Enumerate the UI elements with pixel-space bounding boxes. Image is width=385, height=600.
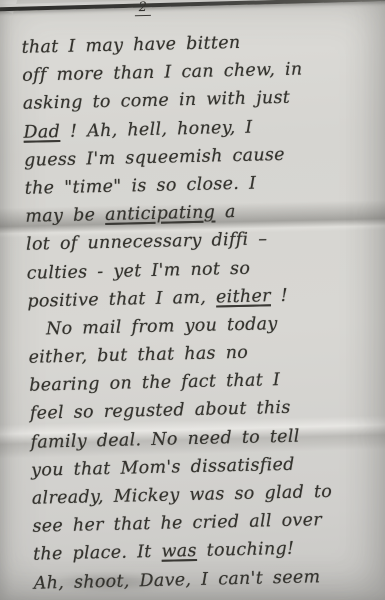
letter-body: that I may have bittenoff more than I ca… xyxy=(21,26,379,597)
handwriting-text: off more than I can chew, in xyxy=(22,60,303,86)
handwriting-text: that I may have bitten xyxy=(21,33,240,58)
handwriting-text: ! xyxy=(271,286,289,306)
handwriting-text: Ah, shoot, Dave, I can't seem xyxy=(34,567,321,594)
handwriting-text: guess I'm squeemish cause xyxy=(24,145,285,171)
handwriting-text: ! Ah, hell, honey, I xyxy=(60,117,253,141)
handwriting-text: you that Mom's dissatisfied xyxy=(31,455,295,481)
handwriting-text: family deal. No need to tell xyxy=(30,426,300,452)
handwriting-text: lot of unnecessary diffi – xyxy=(26,230,268,255)
handwriting-text: already, Mickey was so glad to xyxy=(32,482,333,509)
handwriting-text: positive that I am, xyxy=(27,287,216,311)
letter-content: 2 that I may have bittenoff more than I … xyxy=(0,0,385,600)
handwriting-text: either, but that has no xyxy=(28,343,248,368)
handwriting-text: a xyxy=(215,202,236,222)
handwriting-text: touching! xyxy=(197,539,295,561)
handwriting-text: the "time" is so close. I xyxy=(25,173,257,198)
handwriting-underlined-word: either xyxy=(216,286,271,307)
handwriting-text: feel so regusted about this xyxy=(30,398,291,424)
handwriting-text: see her that he cried all over xyxy=(32,510,322,537)
handwriting-text: the place. It xyxy=(33,542,162,565)
handwriting-text: may be xyxy=(25,205,105,227)
handwriting-text: No mail from you today xyxy=(46,314,278,339)
scanned-letter-page: 2 that I may have bittenoff more than I … xyxy=(0,0,385,600)
page-number: 2 xyxy=(135,1,152,16)
handwriting-text: bearing on the fact that I xyxy=(29,370,280,396)
handwriting-underlined-word: was xyxy=(161,541,197,562)
handwriting-text: asking to come in with just xyxy=(23,88,291,114)
handwriting-underlined-word: Dad xyxy=(23,122,60,143)
handwriting-text: culties - yet I'm not so xyxy=(26,258,250,283)
handwriting-underlined-word: anticipating xyxy=(105,203,216,225)
